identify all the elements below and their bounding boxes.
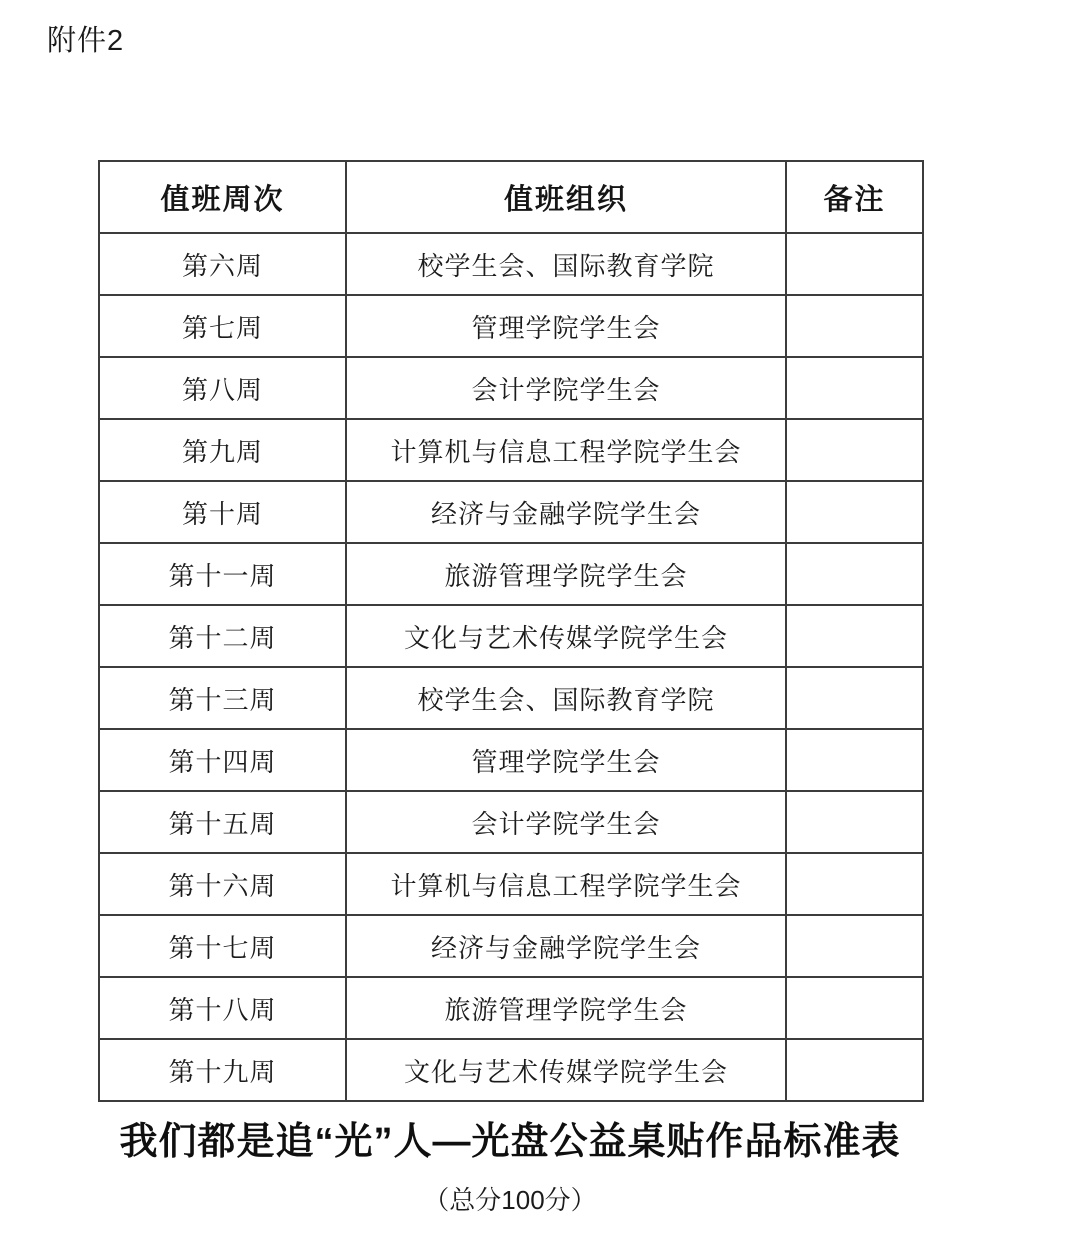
table-cell: 文化与艺术传媒学院学生会 <box>346 1039 786 1101</box>
table-cell: 校学生会、国际教育学院 <box>346 233 786 295</box>
table-cell: 第十六周 <box>99 853 346 915</box>
table-cell <box>786 915 923 977</box>
table-cell <box>786 233 923 295</box>
table-cell: 经济与金融学院学生会 <box>346 481 786 543</box>
table-body: 第六周校学生会、国际教育学院第七周管理学院学生会第八周会计学院学生会第九周计算机… <box>99 233 923 1101</box>
table-cell <box>786 357 923 419</box>
duty-schedule-table: 值班周次 值班组织 备注 第六周校学生会、国际教育学院第七周管理学院学生会第八周… <box>98 160 924 1102</box>
table-cell: 第十三周 <box>99 667 346 729</box>
table-cell: 第十二周 <box>99 605 346 667</box>
table-cell <box>786 1039 923 1101</box>
table-cell: 第十一周 <box>99 543 346 605</box>
table-row: 第十七周经济与金融学院学生会 <box>99 915 923 977</box>
table-row: 第八周会计学院学生会 <box>99 357 923 419</box>
table-cell: 旅游管理学院学生会 <box>346 543 786 605</box>
table-cell: 旅游管理学院学生会 <box>346 977 786 1039</box>
table-cell: 计算机与信息工程学院学生会 <box>346 853 786 915</box>
table-cell <box>786 295 923 357</box>
table-row: 第十周经济与金融学院学生会 <box>99 481 923 543</box>
table-row: 第十五周会计学院学生会 <box>99 791 923 853</box>
table-row: 第十八周旅游管理学院学生会 <box>99 977 923 1039</box>
table-row: 第十三周校学生会、国际教育学院 <box>99 667 923 729</box>
table-header: 值班周次 值班组织 备注 <box>99 161 923 233</box>
table-cell: 文化与艺术传媒学院学生会 <box>346 605 786 667</box>
header-duty-week: 值班周次 <box>99 161 346 233</box>
table-cell: 会计学院学生会 <box>346 791 786 853</box>
table-cell: 会计学院学生会 <box>346 357 786 419</box>
table-cell <box>786 791 923 853</box>
table-row: 第十四周管理学院学生会 <box>99 729 923 791</box>
table-row: 第九周计算机与信息工程学院学生会 <box>99 419 923 481</box>
table-cell: 第十八周 <box>99 977 346 1039</box>
header-remarks: 备注 <box>786 161 923 233</box>
table-cell: 管理学院学生会 <box>346 729 786 791</box>
footer-subtitle: （总分100分） <box>60 1180 960 1217</box>
table-cell: 校学生会、国际教育学院 <box>346 667 786 729</box>
table-cell: 第七周 <box>99 295 346 357</box>
table-cell <box>786 605 923 667</box>
table-cell <box>786 977 923 1039</box>
table-cell <box>786 853 923 915</box>
table-row: 第六周校学生会、国际教育学院 <box>99 233 923 295</box>
table-cell: 第六周 <box>99 233 346 295</box>
table-cell: 第十四周 <box>99 729 346 791</box>
table-cell: 管理学院学生会 <box>346 295 786 357</box>
table-row: 第十六周计算机与信息工程学院学生会 <box>99 853 923 915</box>
header-duty-organization: 值班组织 <box>346 161 786 233</box>
table-row: 第十二周文化与艺术传媒学院学生会 <box>99 605 923 667</box>
table-cell: 经济与金融学院学生会 <box>346 915 786 977</box>
attachment-label: 附件2 <box>47 18 124 59</box>
table-cell <box>786 667 923 729</box>
footer-title: 我们都是追“光”人—光盘公益桌贴作品标准表 <box>60 1110 960 1165</box>
table-cell: 第十九周 <box>99 1039 346 1101</box>
table-cell: 第十七周 <box>99 915 346 977</box>
table-cell: 第八周 <box>99 357 346 419</box>
table-cell <box>786 729 923 791</box>
table-cell <box>786 481 923 543</box>
table-row: 第十一周旅游管理学院学生会 <box>99 543 923 605</box>
table-header-row: 值班周次 值班组织 备注 <box>99 161 923 233</box>
table-cell <box>786 543 923 605</box>
table-row: 第十九周文化与艺术传媒学院学生会 <box>99 1039 923 1101</box>
table-cell: 第十五周 <box>99 791 346 853</box>
table-cell: 第九周 <box>99 419 346 481</box>
table-row: 第七周管理学院学生会 <box>99 295 923 357</box>
document-page: 附件2 值班周次 值班组织 备注 第六周校学生会、国际教育学院第七周管理学院学生… <box>0 0 1079 1241</box>
table-cell <box>786 419 923 481</box>
table-cell: 计算机与信息工程学院学生会 <box>346 419 786 481</box>
table-cell: 第十周 <box>99 481 346 543</box>
